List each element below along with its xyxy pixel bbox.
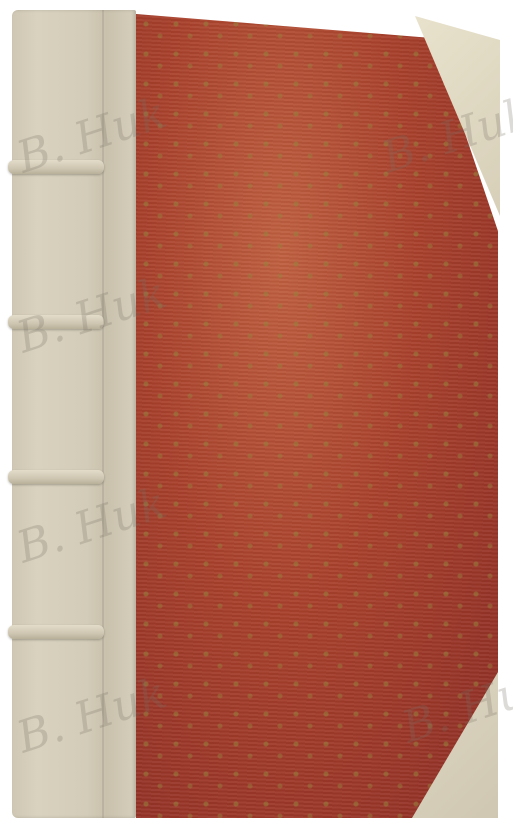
spine-band — [8, 625, 104, 639]
book-photo: B. Huk B. Huk B. Huk B. Huk B. Huk B. Hu… — [0, 0, 513, 827]
spine-hinge — [102, 10, 104, 818]
book-spine — [12, 10, 136, 818]
cover-board — [136, 14, 498, 818]
spine-band — [8, 160, 104, 174]
spine-band — [8, 315, 104, 329]
spine-band — [8, 470, 104, 484]
gilt-floral-pattern — [136, 14, 498, 818]
